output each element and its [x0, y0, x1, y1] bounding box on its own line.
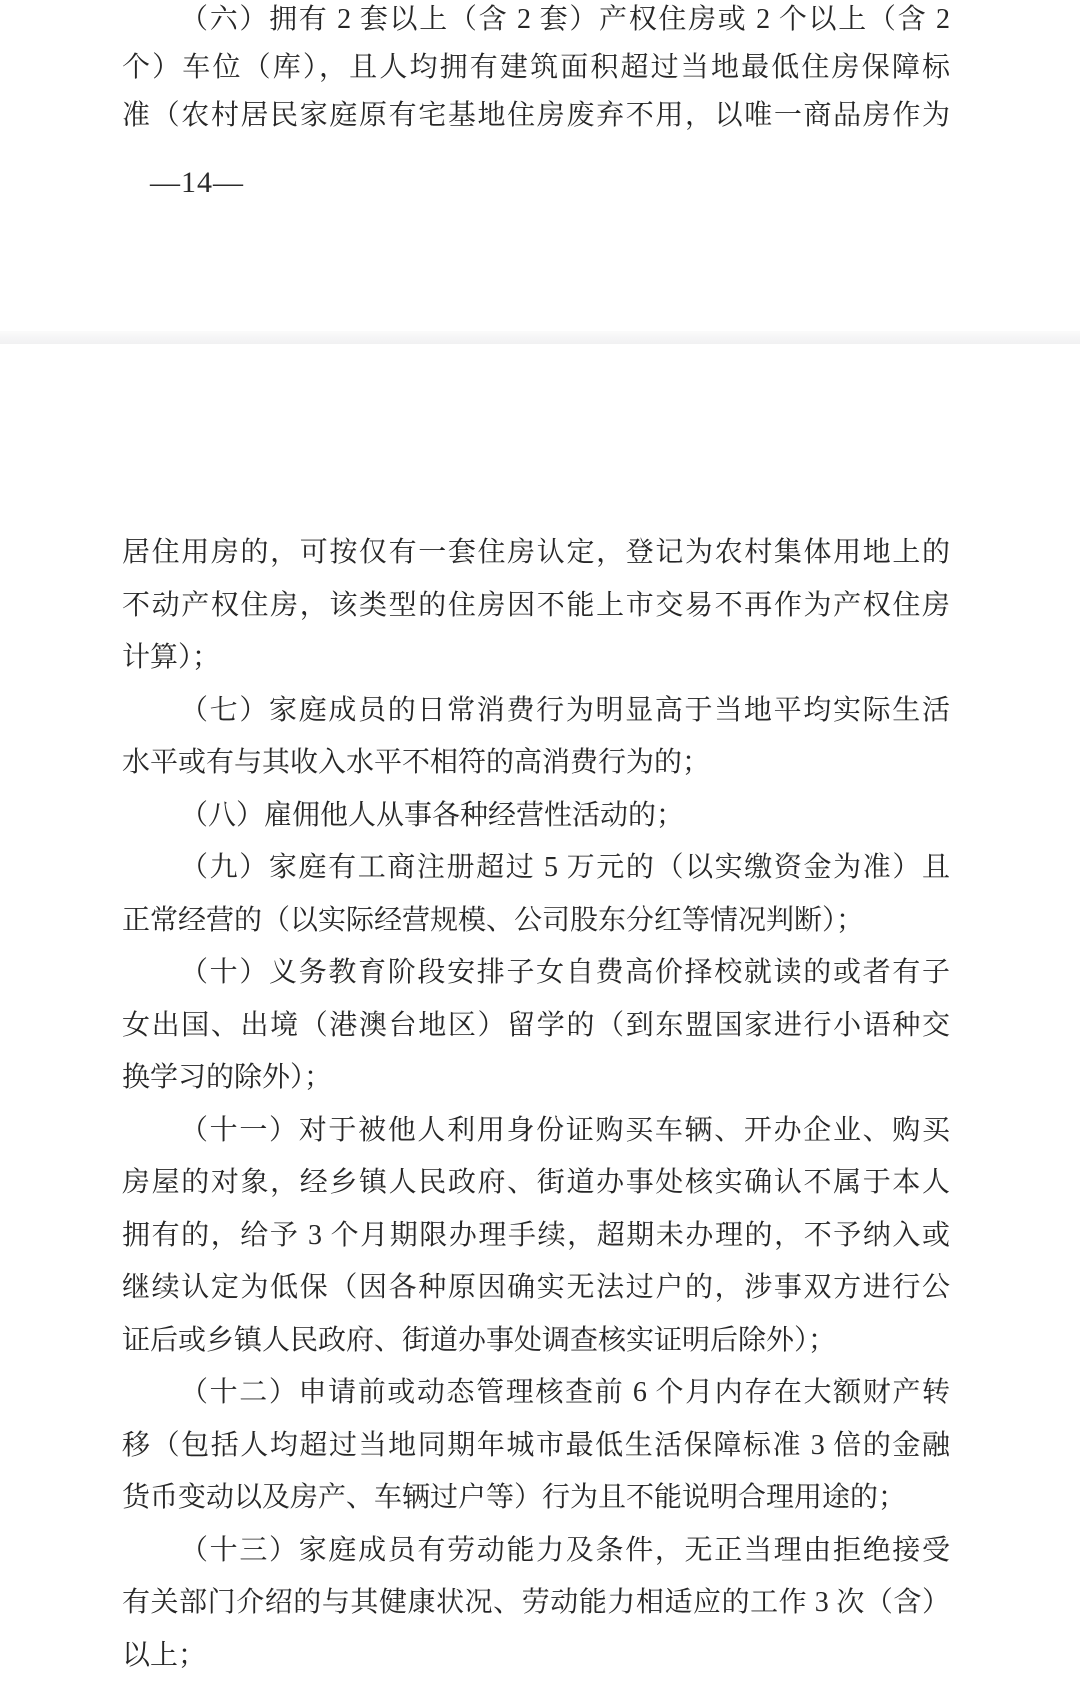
text-line: 移（包括人均超过当地同期年城市最低生活保障标准 3 倍的金融: [122, 1420, 950, 1473]
text-line: （十一）对于被他人利用身份证购买车辆、开办企业、购买: [122, 1105, 950, 1158]
text-line: 水平或有与其收入水平不相符的高消费行为的；: [122, 737, 950, 790]
text-line: 证后或乡镇人民政府、街道办事处调查核实证明后除外）；: [122, 1315, 950, 1368]
text-line: 个）车位（库），且人均拥有建筑面积超过当地最低住房保障标: [122, 44, 950, 92]
text-line: 拥有的，给予 3 个月期限办理手续，超期未办理的，不予纳入或: [122, 1210, 950, 1263]
text-line: 以上；: [122, 1630, 950, 1683]
next-page-section: 居住用房的，可按仅有一套住房认定，登记为农村集体用地上的 不动产权住房，该类型的…: [122, 527, 950, 1682]
text-line: 准（农村居民家庭原有宅基地住房废弃不用，以唯一商品房作为: [122, 92, 950, 140]
text-line: （十）义务教育阶段安排子女自费高价择校就读的或者有子: [122, 947, 950, 1000]
text-line: 居住用房的，可按仅有一套住房认定，登记为农村集体用地上的: [122, 527, 950, 580]
text-line: 有关部门介绍的与其健康状况、劳动能力相适应的工作 3 次（含）: [122, 1577, 950, 1630]
text-line: （八）雇佣他人从事各种经营性活动的；: [122, 790, 950, 843]
previous-page-section: （六）拥有 2 套以上（含 2 套）产权住房或 2 个以上（含 2 个）车位（库…: [122, 0, 950, 140]
text-line: （十二）申请前或动态管理核查前 6 个月内存在大额财产转: [122, 1367, 950, 1420]
text-line: 女出国、出境（港澳台地区）留学的（到东盟国家进行小语种交: [122, 1000, 950, 1053]
text-line: 不动产权住房，该类型的住房因不能上市交易不再作为产权住房: [122, 580, 950, 633]
text-line: 计算）；: [122, 632, 950, 685]
page-number: —14—: [150, 166, 244, 200]
text-line: （七）家庭成员的日常消费行为明显高于当地平均实际生活: [122, 685, 950, 738]
text-line: 换学习的除外）；: [122, 1052, 950, 1105]
text-line: 正常经营的（以实际经营规模、公司股东分红等情况判断）；: [122, 895, 950, 948]
text-line: 货币变动以及房产、车辆过户等）行为且不能说明合理用途的；: [122, 1472, 950, 1525]
text-line: （九）家庭有工商注册超过 5 万元的（以实缴资金为准）且: [122, 842, 950, 895]
document-viewer: { "document": { "prev_page": { "lines": …: [0, 0, 1080, 1684]
text-line: （十三）家庭成员有劳动能力及条件，无正当理由拒绝接受: [122, 1525, 950, 1578]
text-line: 继续认定为低保（因各种原因确实无法过户的，涉事双方进行公: [122, 1262, 950, 1315]
text-line: 房屋的对象，经乡镇人民政府、街道办事处核实确认不属于本人: [122, 1157, 950, 1210]
page-separator: [0, 331, 1080, 344]
text-line: （六）拥有 2 套以上（含 2 套）产权住房或 2 个以上（含 2: [122, 0, 950, 44]
